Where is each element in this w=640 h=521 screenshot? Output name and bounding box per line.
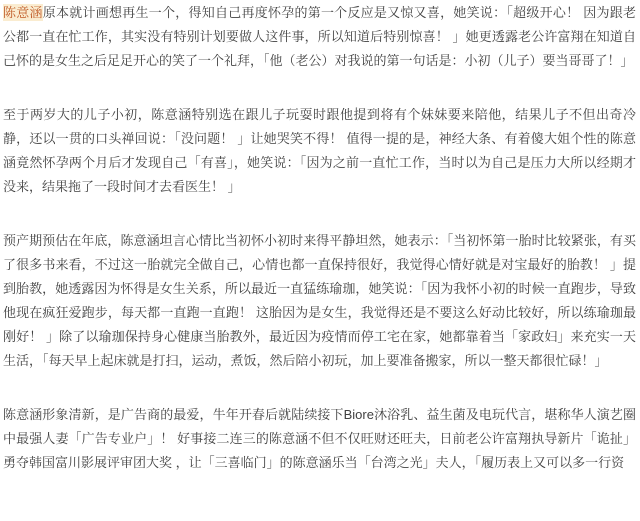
highlighted-keyword-chen-yi-han: 陈意涵 bbox=[3, 4, 43, 21]
paragraph-endorsements: 陈意涵形象清新，是广告商的最爱，牛年开春后就陆续接下Biore沐浴乳、益生菌及电… bbox=[3, 403, 636, 475]
paragraph-pregnancy-news-text: 原本就计画想再生一个，得知自己再度怀孕的第一个反应是又惊又喜，她笑说：「超级开心… bbox=[3, 5, 636, 68]
paragraph-pregnancy-news: 陈意涵原本就计画想再生一个，得知自己再度怀孕的第一个反应是又惊又喜，她笑说：「超… bbox=[3, 1, 636, 73]
paragraph-due-date-yoga: 预产期预估在年底，陈意涵坦言心情比当初怀小初时来得平静坦然，她表示：「当初怀第一… bbox=[3, 229, 636, 373]
paragraph-son-reaction: 至于两岁大的儿子小初，陈意涵特别选在跟儿子玩耍时跟他提到将有个妹妹要来陪他，结果… bbox=[3, 103, 636, 199]
article-body: 陈意涵原本就计画想再生一个，得知自己再度怀孕的第一个反应是又惊又喜，她笑说：「超… bbox=[0, 0, 640, 475]
